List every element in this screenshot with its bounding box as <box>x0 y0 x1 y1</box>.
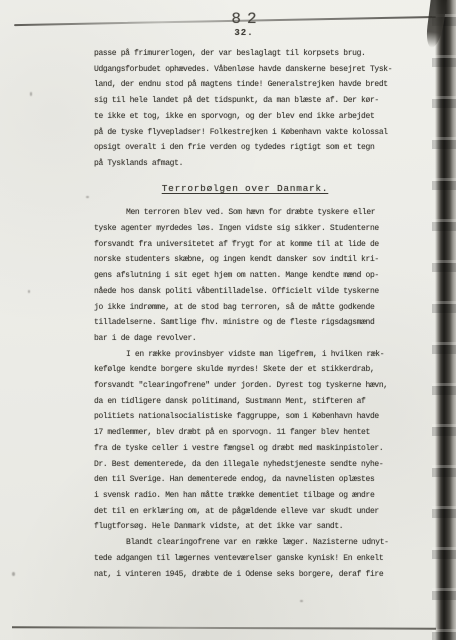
section-heading: Terrorbølgen over Danmark. <box>94 181 396 197</box>
bottom-scan-line <box>12 626 436 629</box>
text-line: sig til hele landet på det tidspunkt, da… <box>94 93 396 109</box>
text-line: forsvandt "clearingofrene" under jorden.… <box>94 378 396 394</box>
text-line: fra de tyske celler i vestre fængsel og … <box>94 441 396 457</box>
text-line: tilladelserne. Samtlige fhv. ministre og… <box>94 315 396 331</box>
text-line: tede adgangen til lægernes venteværelser… <box>94 551 396 567</box>
text-line: bar i de dage revolver. <box>94 331 396 347</box>
text-line: te ikke et tog, ikke en sporvogn, og der… <box>94 109 396 125</box>
text-line: kefølge kendte borgere skulde myrdes! Sk… <box>94 362 396 378</box>
text-line: Blandt clearingofrene var en række læger… <box>94 535 396 551</box>
page-number-stamp: 82 <box>94 11 394 28</box>
document-body: passe på frimurerlogen, der var beslagla… <box>94 46 396 582</box>
text-line: på Tysklands afmagt. <box>94 156 396 172</box>
scanned-page: 82 32. passe på frimurerlogen, der var b… <box>0 0 456 640</box>
text-line: flugtforsøg. Hele Danmark vidste, at det… <box>94 519 396 535</box>
ink-speck <box>28 290 30 293</box>
text-line: tyske agenter myrdedes løs. Ingen vidste… <box>94 221 396 237</box>
text-line: nat, i vinteren 1945, dræbte de i Odense… <box>94 567 396 583</box>
text-line: norske studenters skæbne, og ingen kendt… <box>94 252 396 268</box>
text-line: forsvandt fra universitetet af frygt for… <box>94 237 396 253</box>
text-line: i svensk radio. Men han måtte trække dem… <box>94 488 396 504</box>
ink-speck <box>30 92 32 96</box>
binding-edge <box>432 0 456 640</box>
text-line: jo ikke indrømme, at de stod bag terrore… <box>94 300 396 316</box>
text-line: Dr. Best dementerede, da den illegale ny… <box>94 457 396 473</box>
text-line: politiets nationalsocialistiske faggrupp… <box>94 409 396 425</box>
text-line: gens afslutning i sit eget hjem om natte… <box>94 268 396 284</box>
text-line: opsigt overalt i den frie verden og tyde… <box>94 140 396 156</box>
text-line: den til Sverige. Han dementerede endog, … <box>94 472 396 488</box>
text-line: da en tidligere dansk politimand, Sustma… <box>94 394 396 410</box>
ink-speck <box>12 572 15 576</box>
ink-speck <box>300 600 303 602</box>
text-line: 17 medlemmer, blev dræbt på en sporvogn.… <box>94 425 396 441</box>
text-line: nåede hos dansk politi våbentilladelse. … <box>94 284 396 300</box>
text-line: Udgangsforbudet ophævedes. Våbenløse hav… <box>94 62 396 78</box>
text-line: land, der endnu stod på magtens tinde! G… <box>94 77 396 93</box>
text-line: Men terroren blev ved. Som hævn for dræb… <box>94 205 396 221</box>
page-number-typed: 32. <box>94 28 394 39</box>
ink-speck <box>86 196 89 198</box>
page-header: 82 32. <box>94 11 394 39</box>
text-line: passe på frimurerlogen, der var beslagla… <box>94 46 396 62</box>
text-line: det til en erklæring om, at de pågældend… <box>94 504 396 520</box>
text-line: på de tyske flyvepladser! Folkestrejken … <box>94 125 396 141</box>
text-line: I en række provinsbyer vidste man ligefr… <box>94 347 396 363</box>
